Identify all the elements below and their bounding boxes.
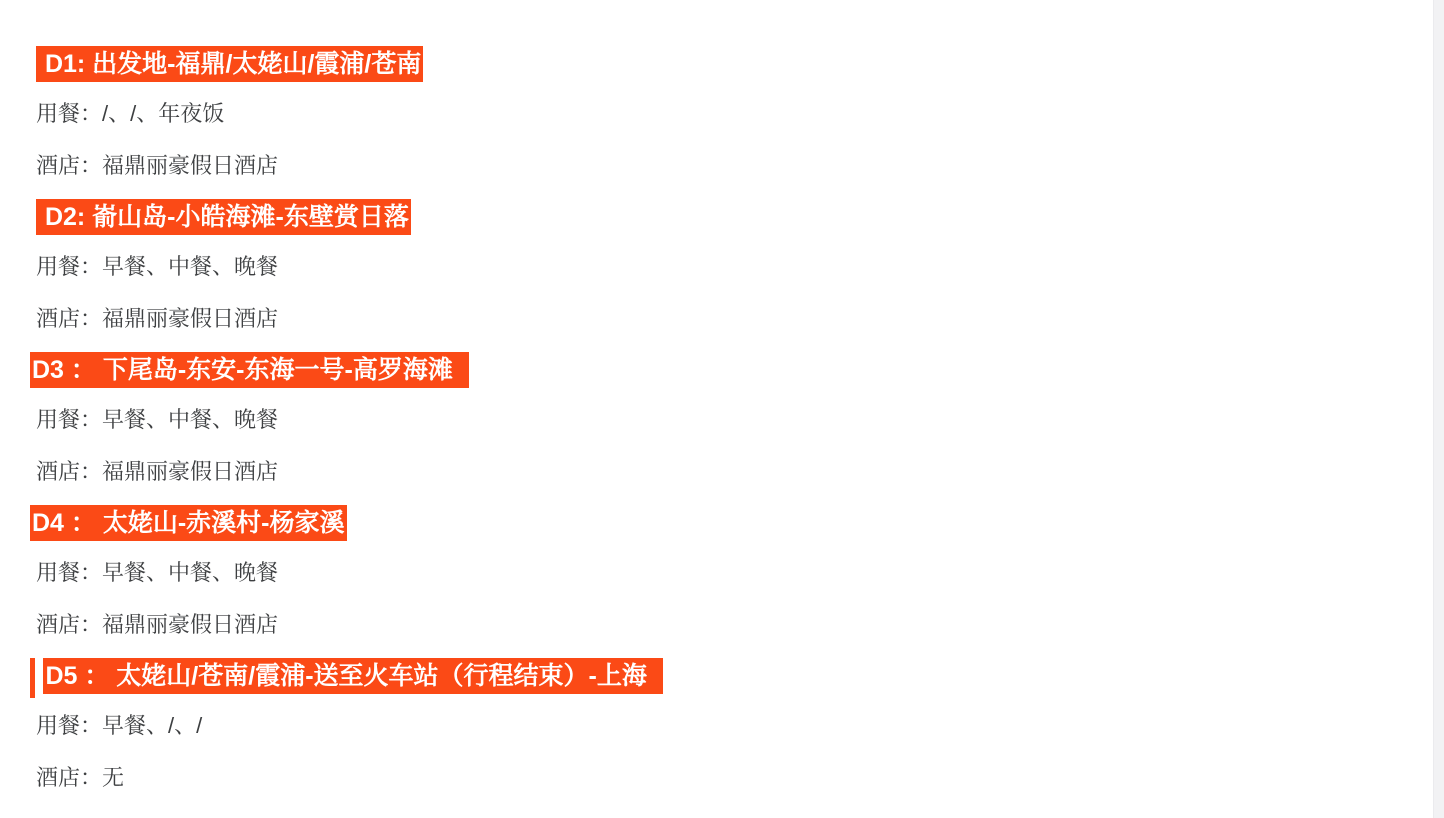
scrollbar-track[interactable]: [1433, 0, 1444, 818]
meals-label: 用餐：: [36, 560, 102, 585]
page: { "page": { "background": "#ffffff", "ac…: [0, 0, 1444, 818]
itinerary-list: D1: 出发地-福鼎/太姥山/霞浦/苍南 用餐：/、/、年夜饭 酒店：福鼎丽豪假…: [0, 0, 1444, 791]
meals-line: 用餐：/、/、年夜饭: [36, 101, 1394, 127]
day-header: D2: 嵛山岛-小皓海滩-东壁赏日落: [36, 199, 411, 235]
day-section-d4: D4 ： 太姥山-赤溪村-杨家溪 用餐：早餐、中餐、晚餐 酒店：福鼎丽豪假日酒店: [30, 505, 1394, 638]
hotel-line: 酒店：无: [36, 765, 1394, 791]
meals-value: 早餐、中餐、晚餐: [102, 407, 278, 432]
hotel-line: 酒店：福鼎丽豪假日酒店: [36, 459, 1394, 485]
meals-value: 早餐、中餐、晚餐: [102, 560, 278, 585]
day-header: D4 ： 太姥山-赤溪村-杨家溪: [30, 505, 347, 541]
day-section-d5: D5 ： 太姥山/苍南/霞浦-送至火车站（行程结束）-上海 用餐：早餐、/、/ …: [30, 658, 1394, 791]
hotel-value: 福鼎丽豪假日酒店: [102, 459, 278, 484]
header-stripe: [30, 658, 35, 698]
day-section-d1: D1: 出发地-福鼎/太姥山/霞浦/苍南 用餐：/、/、年夜饭 酒店：福鼎丽豪假…: [30, 46, 1394, 179]
hotel-value: 无: [102, 765, 124, 790]
hotel-label: 酒店：: [36, 306, 102, 331]
day-header-row: D2: 嵛山岛-小皓海滩-东壁赏日落: [30, 199, 1394, 235]
hotel-label: 酒店：: [36, 459, 102, 484]
day-header-row: D3 ： 下尾岛-东安-东海一号-高罗海滩: [30, 352, 1394, 388]
day-header-row: D1: 出发地-福鼎/太姥山/霞浦/苍南: [30, 46, 1394, 82]
meals-line: 用餐：早餐、中餐、晚餐: [36, 254, 1394, 280]
meals-label: 用餐：: [36, 101, 102, 126]
meals-line: 用餐：早餐、中餐、晚餐: [36, 407, 1394, 433]
meals-value: /、/、年夜饭: [102, 101, 224, 126]
day-header: D5 ： 太姥山/苍南/霞浦-送至火车站（行程结束）-上海: [43, 658, 662, 694]
day-header: D3 ： 下尾岛-东安-东海一号-高罗海滩: [30, 352, 469, 388]
hotel-line: 酒店：福鼎丽豪假日酒店: [36, 306, 1394, 332]
day-section-d2: D2: 嵛山岛-小皓海滩-东壁赏日落 用餐：早餐、中餐、晚餐 酒店：福鼎丽豪假日…: [30, 199, 1394, 332]
hotel-value: 福鼎丽豪假日酒店: [102, 612, 278, 637]
hotel-label: 酒店：: [36, 153, 102, 178]
hotel-label: 酒店：: [36, 765, 102, 790]
meals-value: 早餐、/、/: [102, 713, 202, 738]
hotel-line: 酒店：福鼎丽豪假日酒店: [36, 153, 1394, 179]
hotel-value: 福鼎丽豪假日酒店: [102, 153, 278, 178]
meals-label: 用餐：: [36, 713, 102, 738]
day-section-d3: D3 ： 下尾岛-东安-东海一号-高罗海滩 用餐：早餐、中餐、晚餐 酒店：福鼎丽…: [30, 352, 1394, 485]
day-header-row: D5 ： 太姥山/苍南/霞浦-送至火车站（行程结束）-上海: [30, 658, 1394, 694]
meals-line: 用餐：早餐、/、/: [36, 713, 1394, 739]
hotel-label: 酒店：: [36, 612, 102, 637]
meals-value: 早餐、中餐、晚餐: [102, 254, 278, 279]
meals-label: 用餐：: [36, 407, 102, 432]
meals-label: 用餐：: [36, 254, 102, 279]
day-header: D1: 出发地-福鼎/太姥山/霞浦/苍南: [36, 46, 423, 82]
meals-line: 用餐：早餐、中餐、晚餐: [36, 560, 1394, 586]
hotel-value: 福鼎丽豪假日酒店: [102, 306, 278, 331]
hotel-line: 酒店：福鼎丽豪假日酒店: [36, 612, 1394, 638]
day-header-row: D4 ： 太姥山-赤溪村-杨家溪: [30, 505, 1394, 541]
